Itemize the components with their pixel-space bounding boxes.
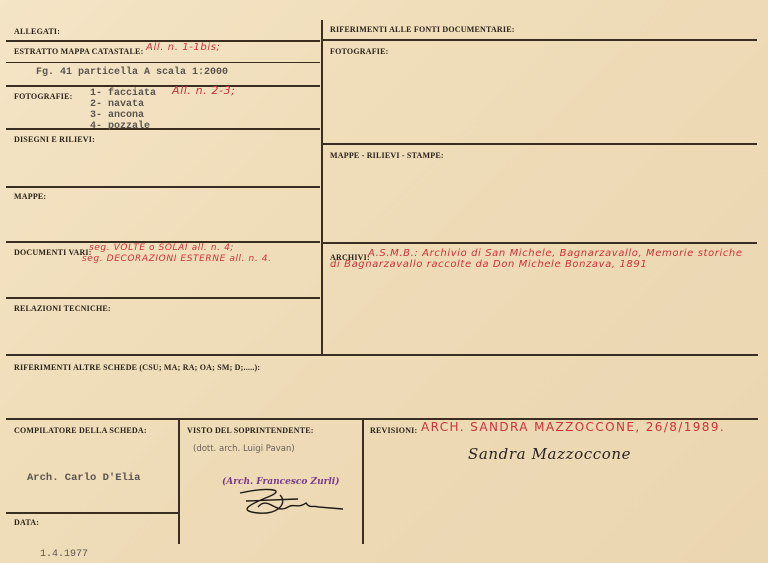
revisioni-label: REVISIONI:: [370, 426, 417, 435]
soprintendente-signature: [228, 485, 348, 523]
data-value: 1.4.1977: [40, 549, 88, 560]
rule-bottom-vertical-2: [362, 419, 364, 544]
allegati-label: ALLEGATI:: [14, 27, 60, 36]
fotografie-list: 1- facciata 2- navata 3- ancona 4- pozza…: [90, 88, 156, 132]
rule-data-top: [6, 512, 178, 514]
documenti-vari-label: DOCUMENTI VARI:: [14, 248, 92, 257]
estratto-mappa-typed: Fg. 41 particella A scala 1:2000: [36, 67, 228, 78]
compilatore-name: Arch. Carlo D'Elia: [27, 472, 140, 484]
fotografie-item: 2- navata: [90, 99, 156, 110]
rule-fotografie-top: [6, 85, 320, 87]
relazioni-label: RELAZIONI TECNICHE:: [14, 304, 111, 313]
estratto-mappa-label: ESTRATTO MAPPA CATASTALE:: [14, 47, 143, 56]
disegni-label: DISEGNI E RILIEVI:: [14, 135, 95, 144]
estratto-mappa-handwritten: All. n. 1-1bis;: [146, 42, 221, 53]
rule-right-archivi-top: [323, 242, 757, 244]
mappe-rilievi-label: MAPPE - RILIEVI - STAMPE:: [330, 151, 444, 160]
rule-relazioni-top: [6, 297, 320, 299]
riferimenti-altre-label: RIFERIMENTI ALTRE SCHEDE (CSU; MA; RA; O…: [14, 363, 260, 372]
documenti-vari-line1: seg. VOLTE o SOLAI all. n. 4;: [89, 243, 234, 253]
archivi-text: A.S.M.B.: Archivio di San Michele, Bagna…: [330, 248, 755, 270]
fotografie-item: 4- pozzale: [90, 121, 156, 132]
documenti-vari-line2: seg. DECORAZIONI ESTERNE all. n. 4.: [82, 254, 272, 264]
data-label: DATA:: [14, 518, 39, 527]
revisioni-signature: Sandra Mazzoccone: [468, 445, 631, 463]
mappe-label: MAPPE:: [14, 192, 46, 201]
fotografie-handwritten: All. n. 2-3;: [172, 84, 235, 97]
rule-disegni-top: [6, 128, 320, 130]
compilatore-label: COMPILATORE DELLA SCHEDA:: [14, 426, 147, 435]
rule-center-vertical: [321, 20, 323, 354]
fotografie-item: 1- facciata: [90, 88, 156, 99]
right-fotografie-label: FOTOGRAFIE:: [330, 47, 389, 56]
rule-right-fotografie-top: [323, 39, 757, 41]
rule-right-mappe-top: [323, 143, 757, 145]
fotografie-label: FOTOGRAFIE:: [14, 92, 73, 101]
visto-label: VISTO DEL SOPRINTENDENTE:: [187, 426, 314, 435]
fotografie-item: 3- ancona: [90, 110, 156, 121]
riferimenti-fonti-label: RIFERIMENTI ALLE FONTI DOCUMENTARIE:: [330, 25, 515, 34]
rule-estratto-bottom: [6, 62, 320, 63]
visto-printed: (dott. arch. Luigi Pavan): [193, 444, 295, 454]
rule-mappe-top: [6, 186, 320, 188]
rule-bottom-vertical-1: [178, 419, 180, 544]
rule-riferimenti-top: [6, 354, 758, 356]
revisioni-handwritten: ARCH. SANDRA MAZZOCCONE, 26/8/1989.: [421, 420, 725, 434]
